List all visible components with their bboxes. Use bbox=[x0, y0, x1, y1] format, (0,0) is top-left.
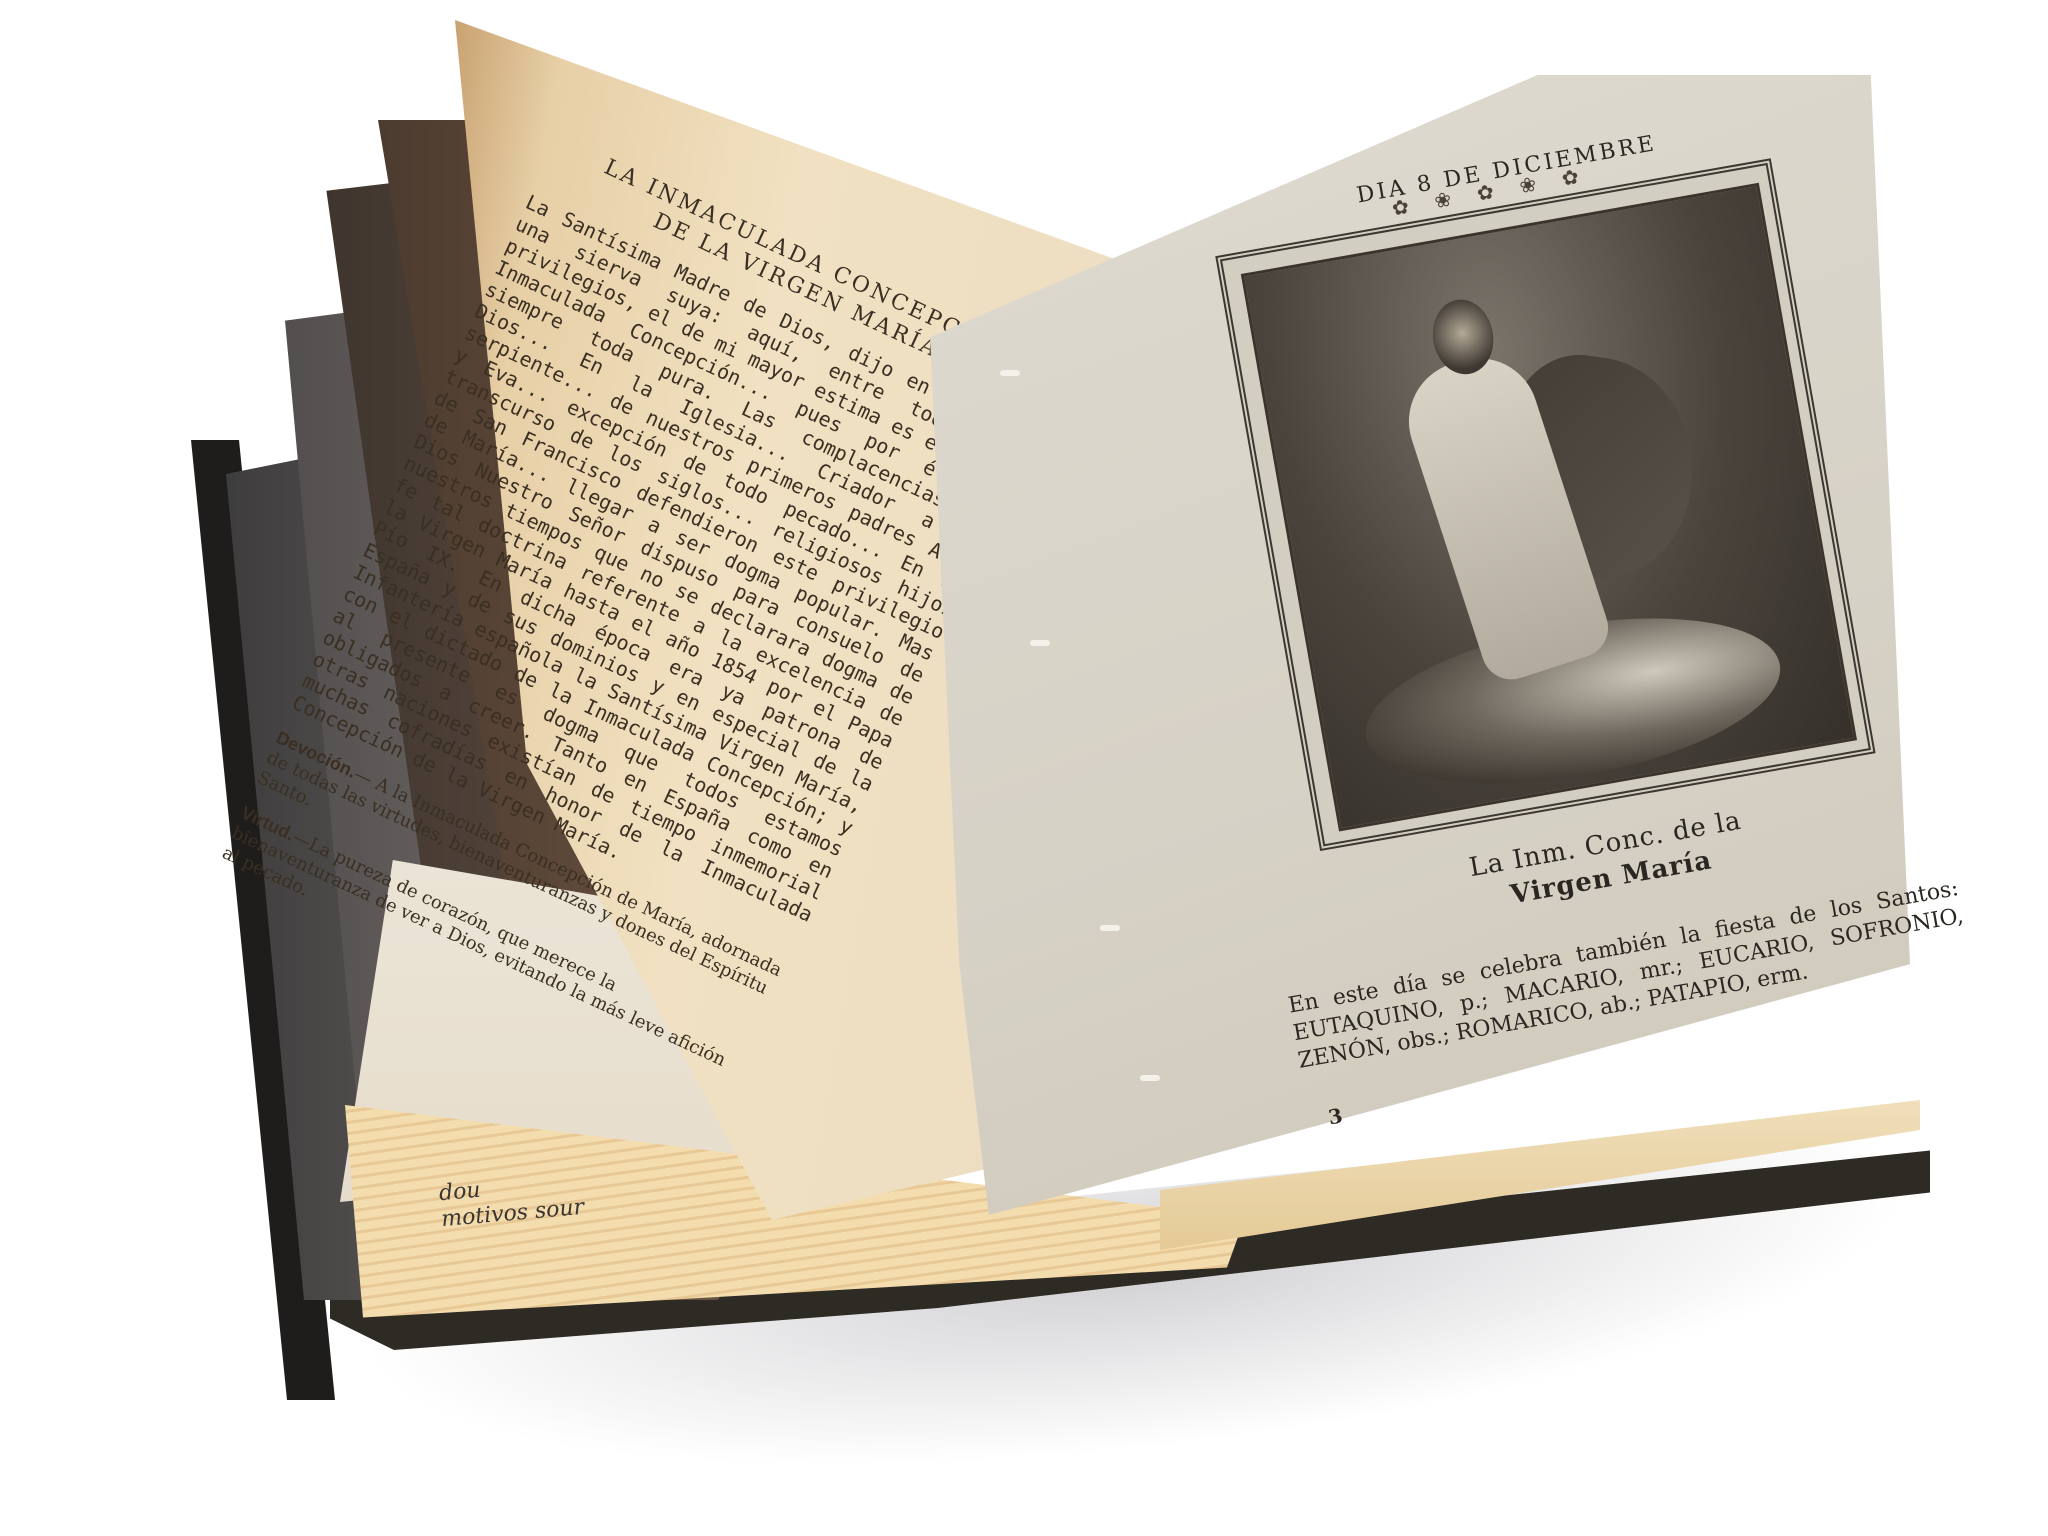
binding-stitch bbox=[1100, 925, 1120, 931]
virgin-mary-illustration bbox=[1241, 183, 1857, 832]
binding-stitch bbox=[1140, 1075, 1160, 1081]
binding-stitch bbox=[1030, 640, 1050, 646]
ornamental-floral-frame bbox=[1215, 158, 1875, 851]
binding-stitch bbox=[1000, 370, 1020, 376]
book-photo-scene: dou motivos sour LA INMACULADA CONCEPCIÓ… bbox=[0, 0, 2048, 1536]
